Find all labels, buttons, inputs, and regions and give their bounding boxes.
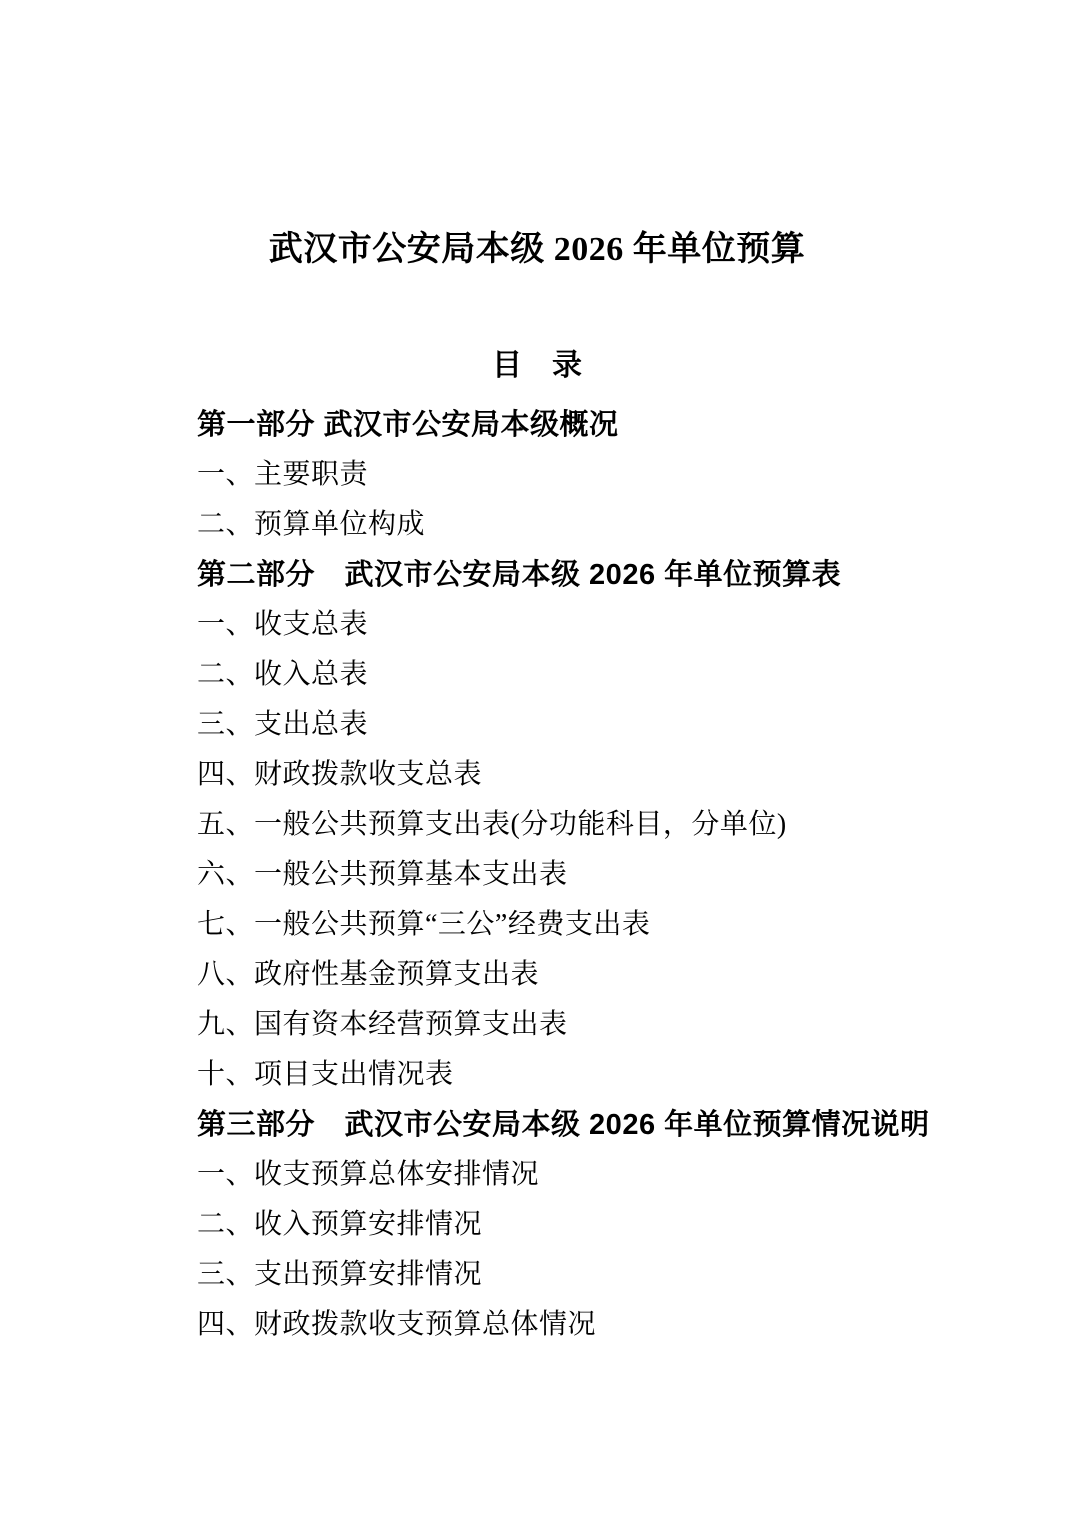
toc-item: 一、收支总表	[197, 597, 1034, 647]
toc-heading: 目 录	[0, 346, 1074, 386]
document-title: 武汉市公安局本级 2026 年单位预算	[0, 228, 1074, 272]
toc-item: 三、支出总表	[197, 697, 1034, 747]
toc-section-heading: 第三部分 武汉市公安局本级 2026 年单位预算情况说明	[197, 1097, 1034, 1147]
toc-item: 一、主要职责	[197, 447, 1034, 497]
toc-item: 三、支出预算安排情况	[197, 1247, 1034, 1297]
toc-item: 二、预算单位构成	[197, 497, 1034, 547]
toc-section-heading: 第二部分 武汉市公安局本级 2026 年单位预算表	[197, 547, 1034, 597]
toc-item: 六、一般公共预算基本支出表	[197, 847, 1034, 897]
toc-item: 五、一般公共预算支出表(分功能科目，分单位)	[197, 797, 1034, 847]
toc-item: 一、收支预算总体安排情况	[197, 1147, 1034, 1197]
toc-item: 八、政府性基金预算支出表	[197, 947, 1034, 997]
toc-item: 二、收入预算安排情况	[197, 1197, 1034, 1247]
toc-list: 第一部分 武汉市公安局本级概况 一、主要职责 二、预算单位构成 第二部分 武汉市…	[197, 397, 1034, 1347]
document-page: 武汉市公安局本级 2026 年单位预算 目 录 第一部分 武汉市公安局本级概况 …	[0, 0, 1074, 1520]
toc-section-heading: 第一部分 武汉市公安局本级概况	[197, 397, 1034, 447]
toc-item: 九、国有资本经营预算支出表	[197, 997, 1034, 1047]
toc-item: 四、财政拨款收支预算总体情况	[197, 1297, 1034, 1347]
toc-item: 十、项目支出情况表	[197, 1047, 1034, 1097]
toc-item: 四、财政拨款收支总表	[197, 747, 1034, 797]
toc-item: 七、一般公共预算“三公”经费支出表	[197, 897, 1034, 947]
toc-item: 二、收入总表	[197, 647, 1034, 697]
